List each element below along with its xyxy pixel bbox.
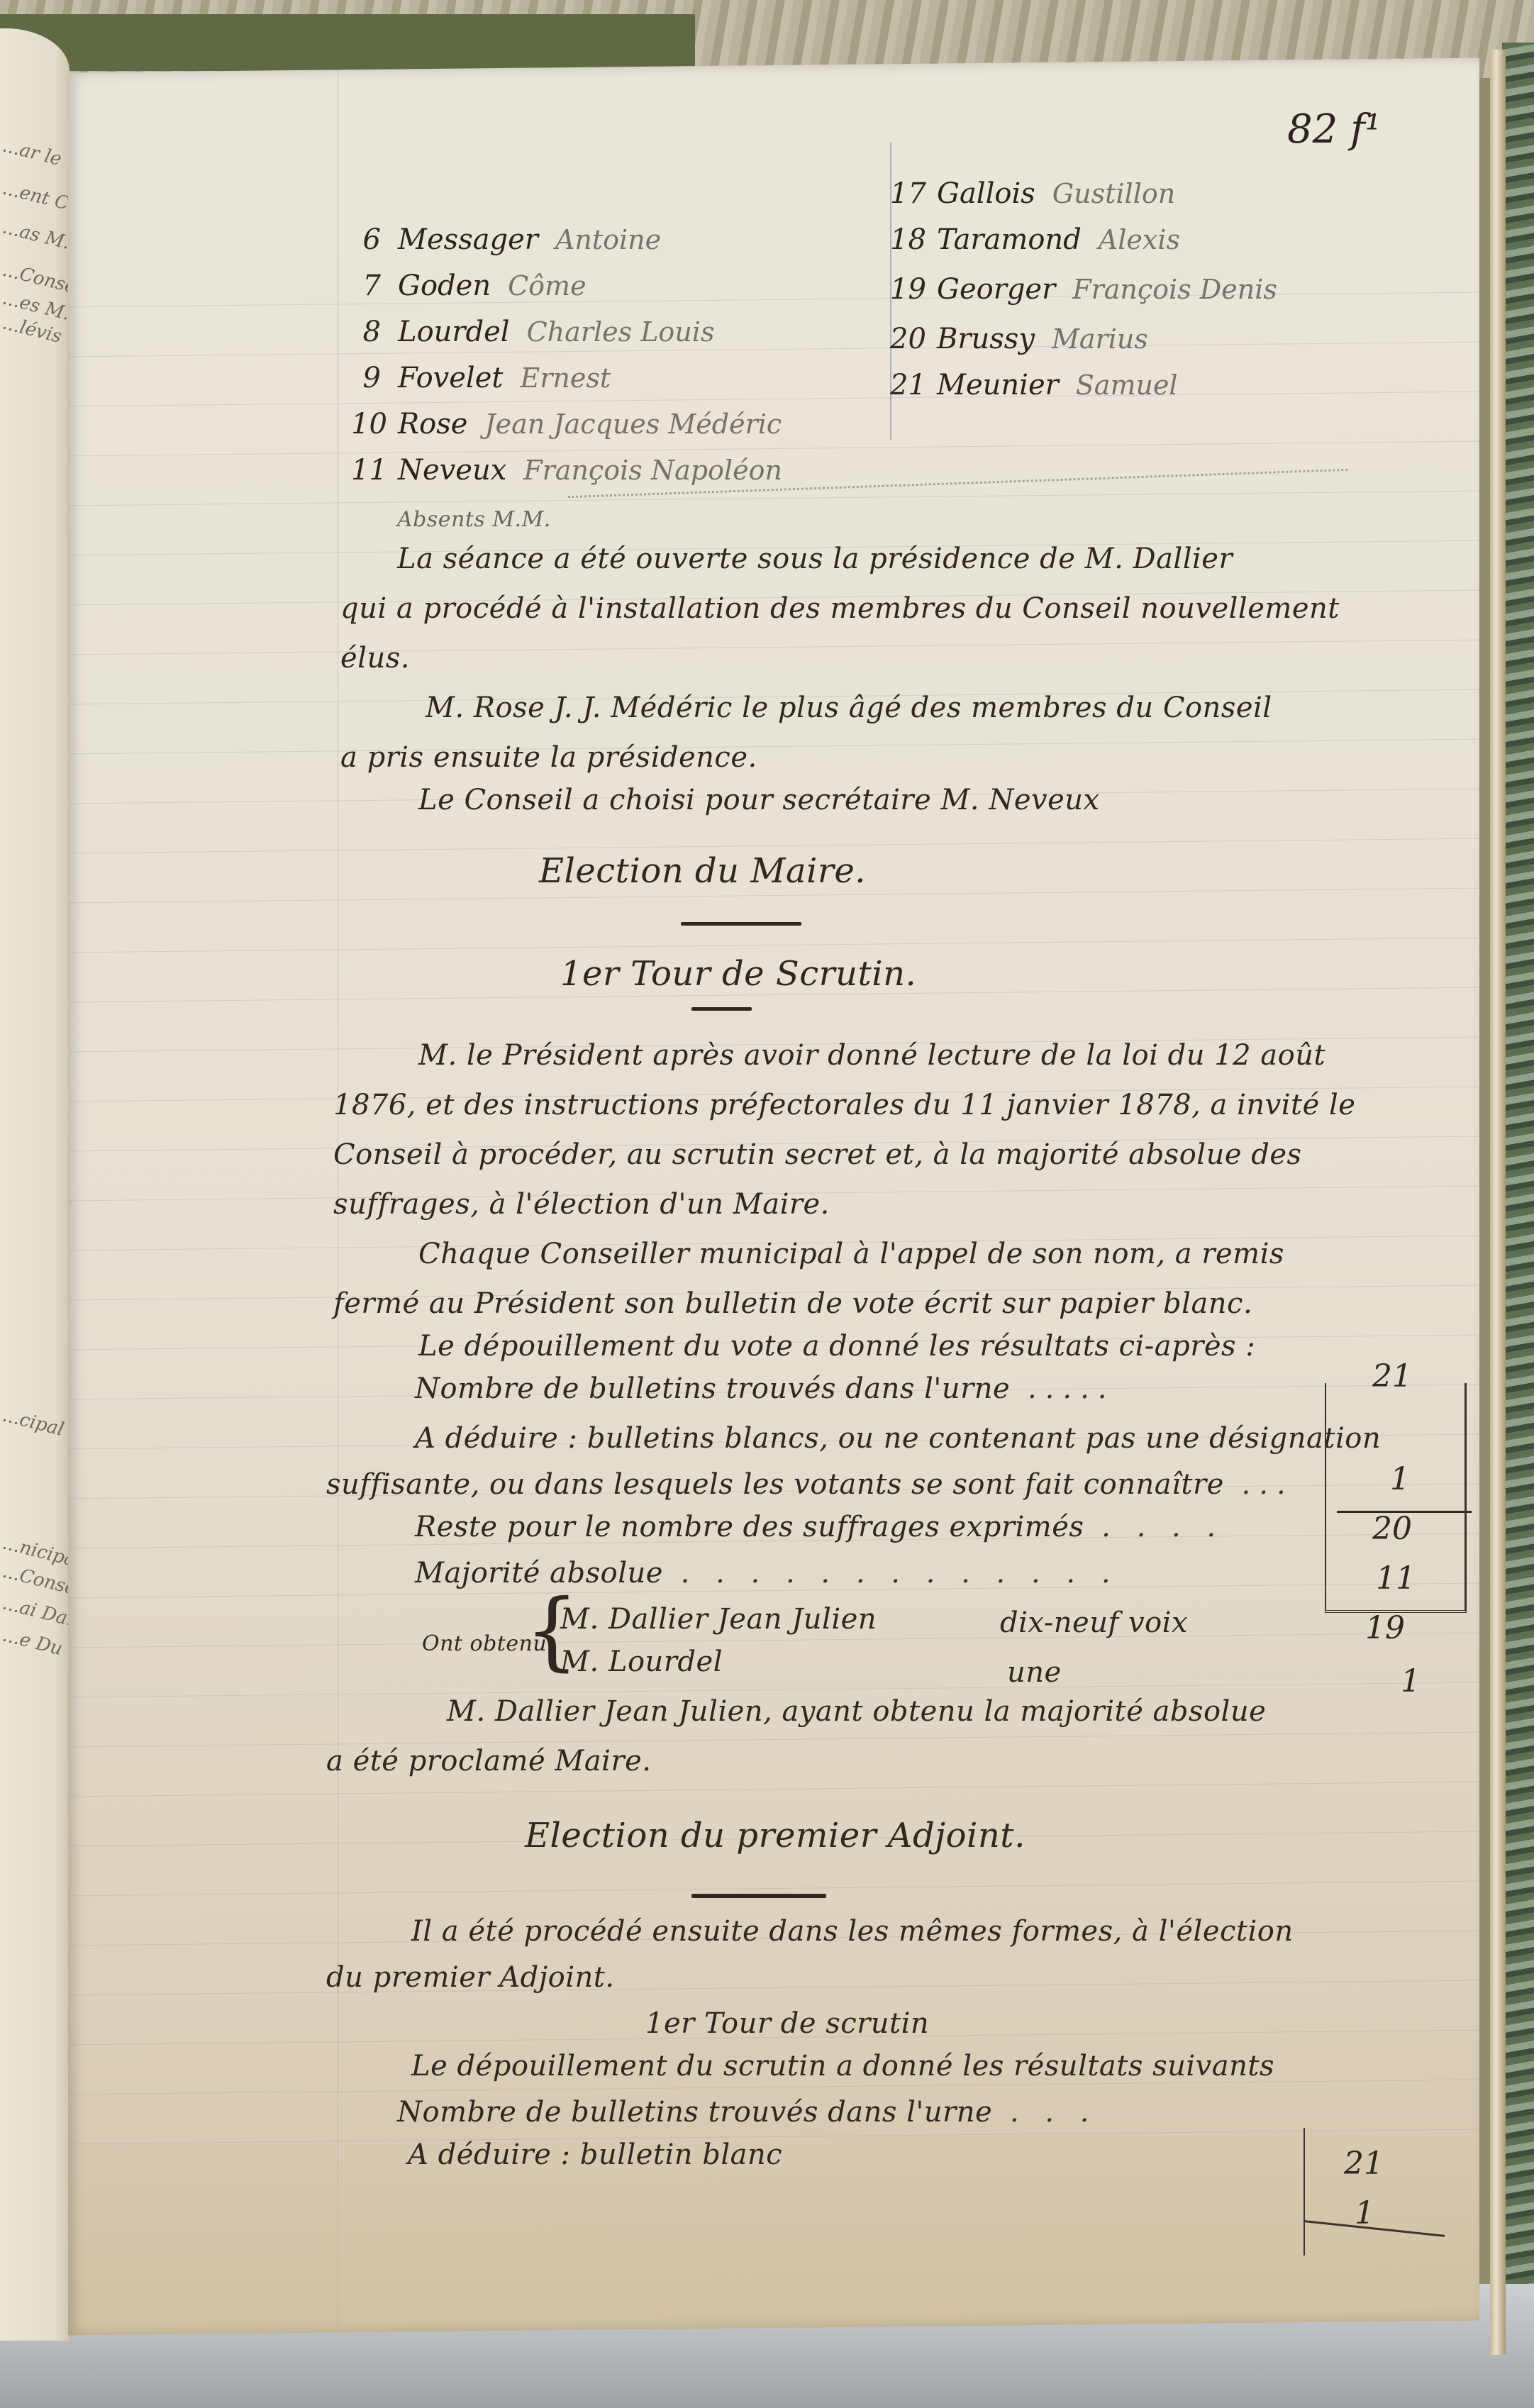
member-entry: 6 Messager Antoine — [351, 223, 661, 256]
paragraph-line: Nombre de bulletins trouvés dans l'urne … — [397, 2096, 1098, 2129]
member-entry: 17 Gallois Gustillon — [890, 177, 1175, 210]
left-page-fragment: ...ar le — [0, 135, 63, 170]
deputy-ballots-value: 21 — [1344, 2146, 1384, 2182]
opening-line: qui a procédé à l'installation des membr… — [340, 592, 1340, 625]
member-entry: 7 Goden Côme — [351, 270, 587, 302]
paragraph-line: Le dépouillement du scrutin a donné les … — [411, 2050, 1274, 2082]
paragraph-line: du premier Adjoint. — [326, 1961, 615, 1994]
title-underline-double — [691, 1894, 826, 1898]
paragraph-line: A déduire : bulletin blanc — [408, 2138, 782, 2171]
book-page-edge — [1490, 50, 1506, 2355]
absents-label: Absents M.M. — [397, 507, 551, 532]
deputy-tally-line — [1304, 2128, 1305, 2256]
paragraph-line: suffrages, à l'élection d'un Maire. — [333, 1188, 830, 1221]
result-votes: 19 — [1365, 1610, 1405, 1646]
paragraph-line: fermé au Président son bulletin de vote … — [333, 1287, 1252, 1320]
round-title-mayor: 1er Tour de Scrutin. — [560, 954, 916, 994]
section-title-mayor: Election du Maire. — [539, 851, 866, 891]
proclamation-line: a été proclamé Maire. — [326, 1745, 651, 1777]
background-fabric-right — [1502, 43, 1534, 2408]
result-candidate: M. Lourdel — [560, 1646, 723, 1678]
tally-box — [1325, 1383, 1467, 1613]
section-title-deputy: Election du premier Adjoint. — [525, 1816, 1026, 1855]
left-page-fragment: ...e Du — [0, 1624, 65, 1660]
member-entry: 20 Brussy Marius — [890, 323, 1148, 355]
member-entry: 19 Georger François Denis — [890, 273, 1277, 306]
tally-label: suffisante, ou dans lesquels les votants… — [326, 1468, 1294, 1501]
opening-line: Le Conseil a choisi pour secrétaire M. N… — [418, 784, 1100, 816]
opening-line: élus. — [340, 642, 410, 675]
member-entry: 8 Lourdel Charles Louis — [351, 316, 714, 348]
tally-label: Majorité absolue . . . . . . . . . . . .… — [415, 1557, 1119, 1589]
paragraph-line: Il a été procédé ensuite dans les mêmes … — [411, 1915, 1294, 1948]
proclamation-line: M. Dallier Jean Julien, ayant obtenu la … — [447, 1695, 1266, 1728]
left-facing-page: ...ar le ...ent Co ...as M. M. ...Consei… — [0, 28, 70, 2341]
result-votes-text: dix-neuf voix — [1000, 1607, 1188, 1639]
paragraph-line: M. le Président après avoir donné lectur… — [418, 1039, 1325, 1072]
member-entry: 9 Fovelet Ernest — [351, 362, 611, 394]
round-title-deputy: 1er Tour de scrutin — [645, 2007, 929, 2040]
tally-label: A déduire : bulletins blancs, ou ne cont… — [415, 1422, 1381, 1455]
tally-label: Nombre de bulletins trouvés dans l'urne … — [415, 1372, 1116, 1405]
opening-line: a pris ensuite la présidence. — [340, 741, 757, 774]
result-votes: 1 — [1401, 1663, 1421, 1699]
title-underline — [681, 922, 801, 926]
result-votes-text: une — [1007, 1656, 1062, 1689]
paragraph-line: Conseil à procéder, au scrutin secret et… — [333, 1138, 1302, 1171]
paragraph-line: Chaque Conseiller municipal à l'appel de… — [418, 1238, 1284, 1270]
folio-number: 82 f¹ — [1287, 106, 1381, 152]
paragraph-line: Le dépouillement du vote a donné les rés… — [418, 1330, 1255, 1363]
opening-line: M. Rose J. J. Médéric le plus âgé des me… — [426, 692, 1272, 724]
background-green-cloth — [0, 14, 695, 71]
result-candidate: M. Dallier Jean Julien — [560, 1603, 877, 1636]
opening-line: La séance a été ouverte sous la présiden… — [397, 543, 1233, 575]
paragraph-line: 1876, et des instructions préfectorales … — [333, 1089, 1355, 1121]
title-underline — [691, 1007, 752, 1011]
left-page-fragment: ...cipal — [0, 1404, 66, 1440]
member-entry: 18 Taramond Alexis — [890, 223, 1180, 256]
tally-label: Reste pour le nombre des suffrages expri… — [415, 1511, 1224, 1543]
member-entry: 10 Rose Jean Jacques Médéric — [351, 408, 782, 440]
member-entry: 21 Meunier Samuel — [890, 369, 1178, 401]
